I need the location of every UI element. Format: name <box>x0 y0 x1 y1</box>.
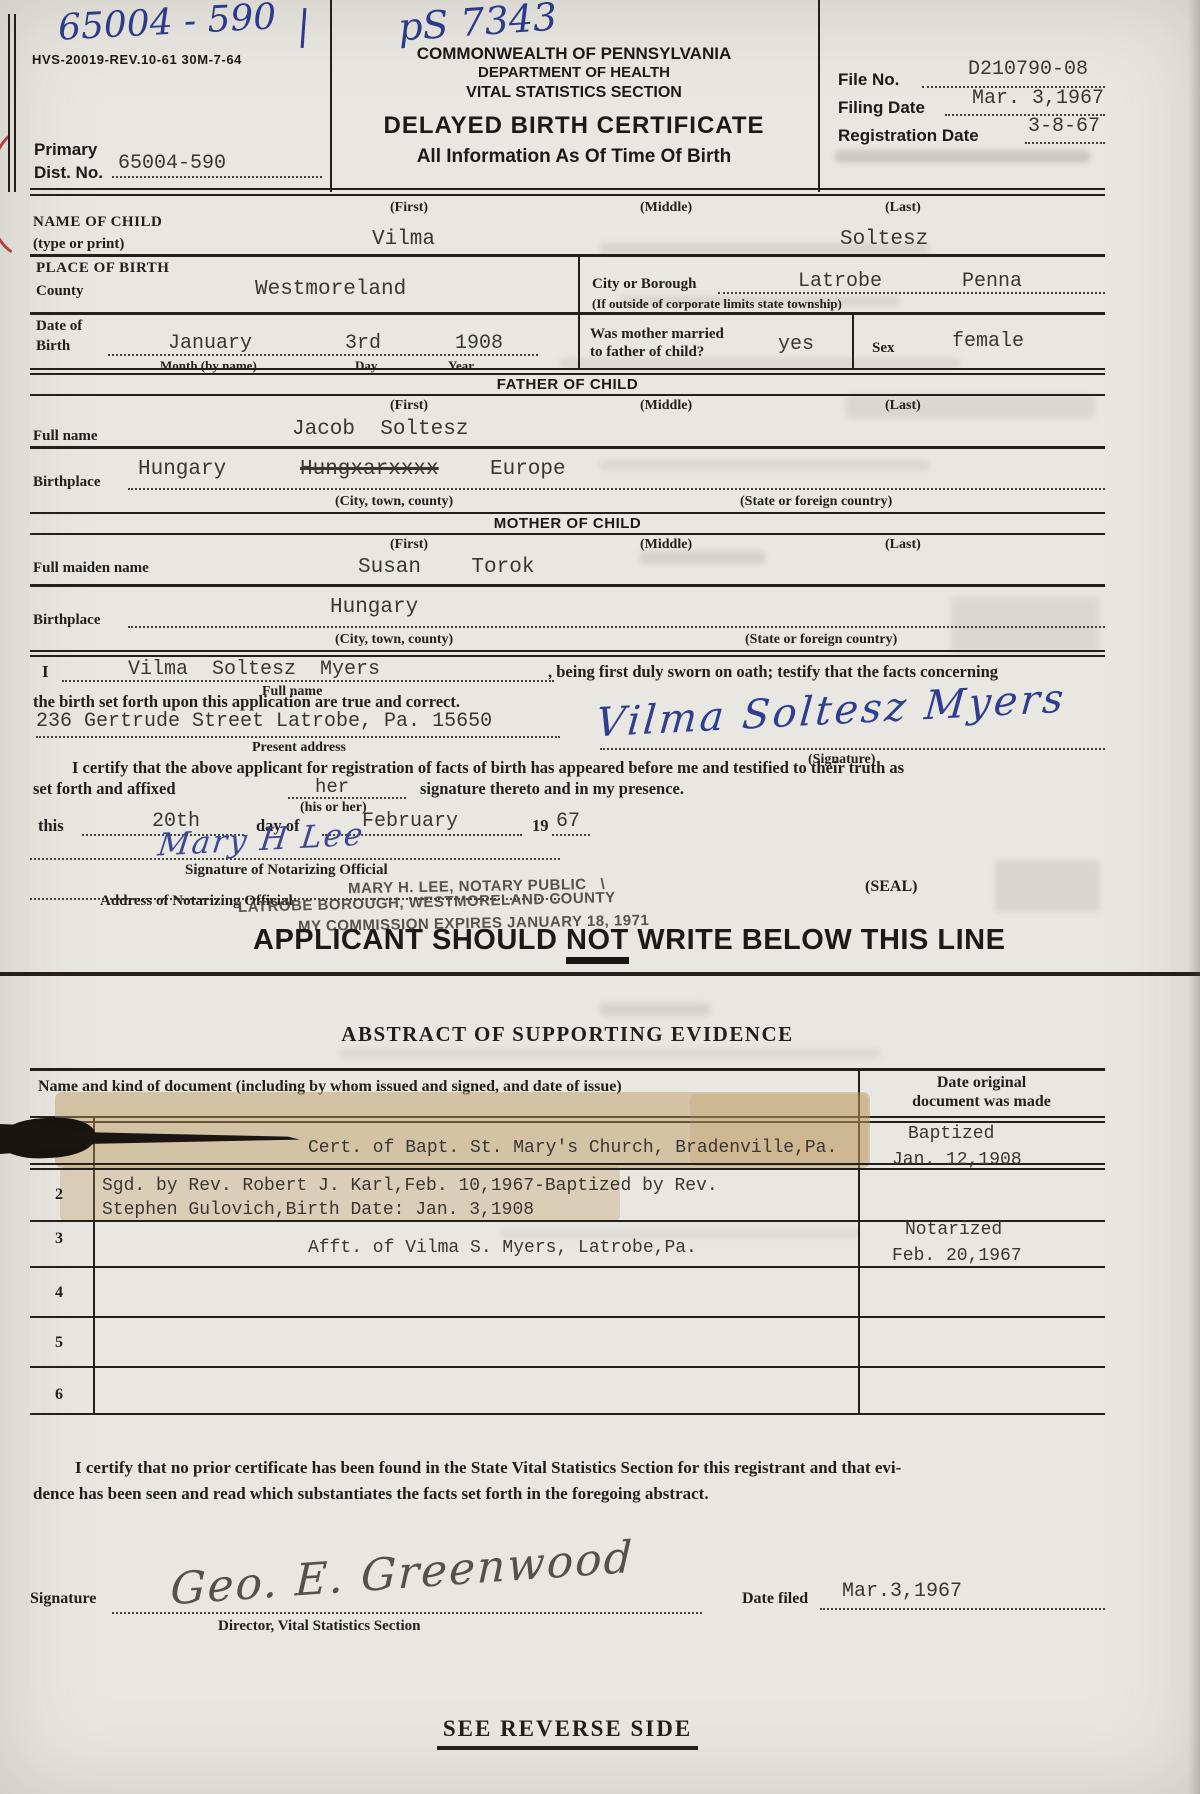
rule <box>30 655 1105 657</box>
registration-date-value: 3-8-67 <box>1028 115 1100 138</box>
table-col2-header-line1: Date original <box>858 1074 1105 1092</box>
header-commonwealth: COMMONWEALTH OF PENNSYLVANIA <box>330 44 818 64</box>
sex-label: Sex <box>872 340 895 357</box>
header-department: DEPARTMENT OF HEALTH <box>330 64 818 81</box>
father-birthplace-value1: Hungary <box>138 458 226 481</box>
city-town-county-label: (City, town, county) <box>335 632 453 648</box>
document-subtitle: All Information As Of Time Of Birth <box>330 146 818 168</box>
director-signature-script: Geo. E. Greenwood <box>170 1532 635 1616</box>
child-last-name: Soltesz <box>840 228 928 251</box>
rule <box>30 188 1105 190</box>
applicant-signature-script: Vilma Soltesz Myers <box>594 676 1068 747</box>
left-double-rule <box>8 14 10 192</box>
rule <box>30 584 1105 587</box>
affidavit-i-label: I <box>42 662 49 682</box>
bleedthrough-ghost <box>950 596 1100 654</box>
col-middle-label: (Middle) <box>640 200 692 216</box>
rule <box>30 446 1105 449</box>
table-row-text: Afft. of Vilma S. Myers, Latrobe,Pa. <box>308 1238 697 1258</box>
rule <box>30 194 1105 196</box>
document-title: DELAYED BIRTH CERTIFICATE <box>330 112 818 140</box>
handwritten-code: pS 7343 <box>397 0 559 49</box>
date-of-birth-label1: Date of <box>36 318 82 335</box>
county-label: County <box>36 283 84 300</box>
state-foreign-label: (State or foreign country) <box>745 632 897 648</box>
bleedthrough-ghost <box>340 1048 880 1059</box>
date-filed-value: Mar.3,1967 <box>842 1580 962 1603</box>
file-no-value: D210790-08 <box>968 58 1088 81</box>
father-birthplace-struck: Hungxarxxxx <box>300 458 439 481</box>
top-divider-right <box>818 0 820 192</box>
notary-certify-line1: I certify that the above applicant for r… <box>72 758 904 778</box>
her-value: her <box>315 776 349 798</box>
mother-birthplace-label: Birthplace <box>33 612 101 629</box>
table-col2-header-line2: document was made <box>858 1093 1105 1111</box>
table-top-rule <box>30 1068 1105 1071</box>
table-row-text: Stephen Gulovich,Birth Date: Jan. 3,1908 <box>102 1200 534 1220</box>
date-of-birth-label2: Birth <box>36 338 70 355</box>
city-value: Latrobe <box>798 270 882 293</box>
dob-month-value: January <box>168 332 252 355</box>
rule <box>30 533 1105 535</box>
col-middle-label: (Middle) <box>640 537 692 553</box>
city-note: (If outside of corporate limits state to… <box>592 296 842 312</box>
notary-certify-line2b: signature thereto and in my presence. <box>420 779 684 799</box>
table-row-date: Baptized <box>908 1124 994 1144</box>
sex-value: female <box>952 330 1024 353</box>
rule <box>30 312 1105 315</box>
present-address-note: Present address <box>252 740 346 756</box>
type-or-print-label: (type or print) <box>33 236 124 253</box>
dob-dotted-line <box>108 354 538 356</box>
rule <box>30 368 1105 370</box>
date-filed-dotted-line <box>820 1608 1105 1610</box>
certification-line2: dence has been seen and read which subst… <box>33 1484 709 1504</box>
dob-day-label: Day <box>355 358 377 374</box>
table-row-date: Notarized <box>905 1220 1002 1240</box>
warning-post: WRITE BELOW THIS LINE <box>629 924 1006 956</box>
divider <box>578 315 580 368</box>
col-first-label: (First) <box>390 398 428 414</box>
divider <box>578 254 580 312</box>
county-value: Westmoreland <box>255 278 406 301</box>
rule <box>30 512 1105 514</box>
dist-no-value: 65004-590 <box>118 152 226 175</box>
name-of-child-label: NAME OF CHILD <box>33 214 162 231</box>
col-last-label: (Last) <box>885 537 921 553</box>
delayed-birth-certificate-document: 65004 - 590 pS 7343 HVS-20019-REV.10-61 … <box>0 0 1200 1794</box>
bleedthrough-ghost <box>995 860 1100 912</box>
bleedthrough-ghost <box>835 150 1090 163</box>
dob-day-value: 3rd <box>345 332 381 355</box>
year-value: 67 <box>556 810 580 833</box>
father-fullname-label: Full name <box>33 428 98 445</box>
table-row-rule <box>30 1366 1105 1368</box>
place-of-birth-label: PLACE OF BIRTH <box>36 260 169 277</box>
mother-married-question1: Was mother married <box>590 326 724 343</box>
footer-signature-label: Signature <box>30 1590 96 1608</box>
table-row-text: Cert. of Bapt. St. Mary's Church, Braden… <box>308 1138 837 1158</box>
affiant-name-typed: Vilma Soltesz Myers <box>128 658 380 681</box>
mother-maiden-label: Full maiden name <box>33 560 149 577</box>
handwritten-file-number: 65004 - 590 <box>57 0 277 49</box>
this-label: this <box>38 816 64 836</box>
bleedthrough-ghost <box>600 460 930 470</box>
table-row-rule <box>30 1266 1105 1268</box>
father-birthplace-label: Birthplace <box>33 474 101 491</box>
rule <box>30 373 1105 375</box>
notary-certify-line2a: set forth and affixed <box>33 779 176 799</box>
notary-sig-label: Signature of Notarizing Official <box>185 862 388 879</box>
table-bottom-rule <box>30 1413 1105 1415</box>
city-town-county-label: (City, town, county) <box>335 494 453 510</box>
table-row-number: 6 <box>55 1386 63 1404</box>
city-dotted-line <box>718 292 1105 294</box>
dob-year-value: 1908 <box>455 332 503 355</box>
filing-date-label: Filing Date <box>838 98 925 118</box>
notary-signature-dotted-line <box>30 858 560 860</box>
certification-line1: I certify that no prior certificate has … <box>75 1458 901 1478</box>
father-section-header: FATHER OF CHILD <box>30 376 1105 393</box>
bleedthrough-ghost <box>845 395 1095 419</box>
his-or-her-note: (his or her) <box>300 800 367 816</box>
rule <box>30 254 1105 257</box>
present-address-value: 236 Gertrude Street Latrobe, Pa. 15650 <box>36 710 492 733</box>
city-borough-label: City or Borough <box>592 276 696 293</box>
filing-date-value: Mar. 3,1967 <box>972 87 1104 110</box>
affidavit-sworn-text: , being first duly sworn on oath; testif… <box>548 662 998 682</box>
header-section: VITAL STATISTICS SECTION <box>330 84 818 102</box>
paper-edge <box>1188 0 1200 1794</box>
table-row-number: 3 <box>55 1230 63 1248</box>
left-double-rule <box>14 14 16 192</box>
present-address-dotted-line <box>36 736 560 738</box>
heavy-rule <box>0 972 1200 976</box>
form-number: HVS-20019-REV.10-61 30M-7-64 <box>32 52 242 67</box>
father-fullname-value: Jacob Soltesz <box>292 418 468 441</box>
col-middle-label: (Middle) <box>640 398 692 414</box>
table-row-date: Jan. 12,1908 <box>892 1150 1022 1170</box>
table-row-number: 5 <box>55 1334 63 1352</box>
dob-year-label: Year <box>448 358 474 374</box>
father-birthplace-value2: Europe <box>490 458 566 481</box>
warning-not: NOT <box>566 924 629 964</box>
col-first-label: (First) <box>390 537 428 553</box>
father-birthplace-dotted-line <box>128 488 1105 490</box>
signature-dotted-line <box>600 748 1105 750</box>
mother-married-answer: yes <box>778 333 814 356</box>
affidavit-line2: the birth set forth upon this applicatio… <box>33 692 460 712</box>
registration-date-dotted-line <box>1025 142 1105 144</box>
see-reverse-wrap: SEE REVERSE SIDE <box>30 1716 1105 1750</box>
her-dotted-line <box>288 797 406 799</box>
rule <box>30 394 1105 396</box>
dist-no-dotted-line <box>112 176 322 178</box>
affiant-name-dotted-line <box>62 680 554 682</box>
bleedthrough-ghost <box>600 1003 710 1016</box>
file-no-label: File No. <box>838 70 899 90</box>
child-first-name: Vilma <box>372 228 435 251</box>
director-title: Director, Vital Statistics Section <box>218 1618 420 1635</box>
table-row-number: 2 <box>55 1186 63 1204</box>
date-filed-label: Date filed <box>742 1590 808 1608</box>
applicant-warning: APPLICANT SHOULD NOT WRITE BELOW THIS LI… <box>253 924 1005 957</box>
handwritten-tick <box>301 8 307 48</box>
warning-pre: APPLICANT SHOULD <box>253 924 566 956</box>
mother-married-question2: to father of child? <box>590 344 704 361</box>
see-reverse-side: SEE REVERSE SIDE <box>437 1716 698 1750</box>
mother-birthplace-value: Hungary <box>330 596 418 619</box>
abstract-title: ABSTRACT OF SUPPORTING EVIDENCE <box>30 1022 1105 1047</box>
state-foreign-label: (State or foreign country) <box>740 494 892 510</box>
col-last-label: (Last) <box>885 398 921 414</box>
mother-maiden-value: Susan Torok <box>358 556 534 579</box>
table-row-rule <box>30 1316 1105 1318</box>
col-last-label: (Last) <box>885 200 921 216</box>
table-row-number: 4 <box>55 1284 63 1302</box>
month-value: February <box>362 810 458 833</box>
footer-signature-dotted-line <box>112 1612 702 1614</box>
col-first-label: (First) <box>390 200 428 216</box>
rule <box>30 650 1105 652</box>
divider <box>852 315 854 368</box>
table-row-date: Feb. 20,1967 <box>892 1246 1022 1266</box>
primary-label: Primary <box>34 140 97 160</box>
year-prefix: 19 <box>532 816 549 836</box>
state-value: Penna <box>962 270 1022 293</box>
year-dotted-line <box>552 834 590 836</box>
seal-label: (SEAL) <box>865 878 917 896</box>
dob-month-label: Month (by name) <box>160 358 257 374</box>
registration-date-label: Registration Date <box>838 126 979 146</box>
dist-no-label: Dist. No. <box>34 163 103 183</box>
table-row-text: Sgd. by Rev. Robert J. Karl,Feb. 10,1967… <box>102 1176 718 1196</box>
mother-birthplace-dotted-line <box>128 626 1105 628</box>
notary-stamp-line2: LATROBE BOROUGH, WESTMORELAND COUNTY <box>238 889 616 916</box>
mother-section-header: MOTHER OF CHILD <box>30 515 1105 532</box>
